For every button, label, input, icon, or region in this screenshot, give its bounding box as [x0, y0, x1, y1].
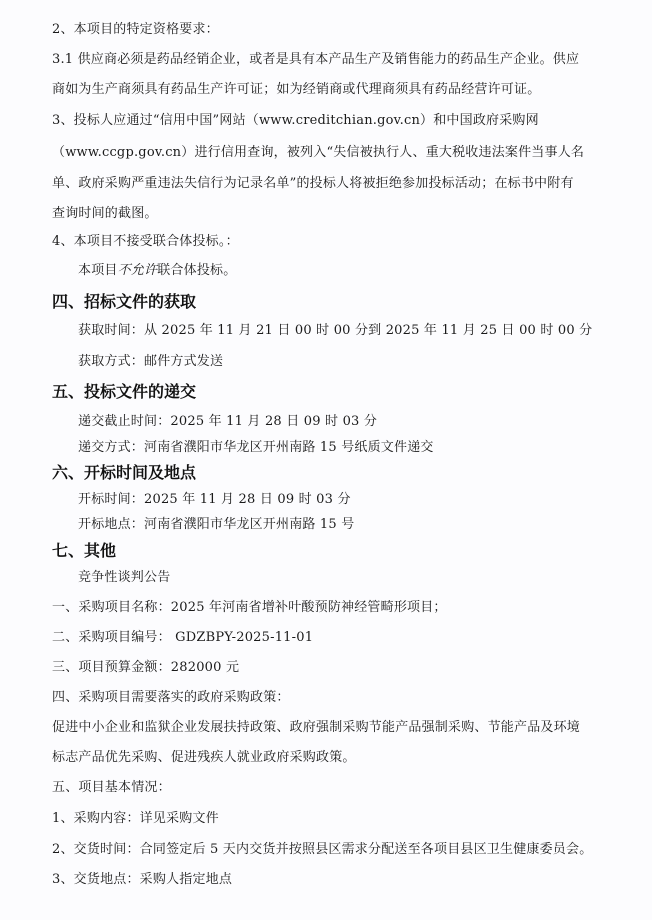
detail-prefix: 本项目: [78, 263, 118, 278]
basic-item-3: 3、交货地点：采购人指定地点: [52, 872, 232, 888]
qualification-4-detail: 本项目不允许联合体投标。: [78, 263, 236, 279]
section5-method: 递交方式：河南省濮阳市华龙区开州南路 15 号纸质文件递交: [78, 440, 434, 456]
qualification-3-line3: 单、政府采购严重违法失信行为记录名单”的投标人将被拒绝参加投标活动；在标书中附有: [52, 176, 574, 192]
section7-title: 七、其他: [52, 541, 116, 561]
section5-title: 五、投标文件的递交: [52, 382, 196, 402]
detail-suffix: 联合体投标。: [157, 263, 236, 278]
qualification-3-1-line2: 商如为生产商须具有药品生产许可证；如为经销商或代理商须具有药品经营许可证。: [52, 82, 540, 98]
basic-item-1: 1、采购内容：详见采购文件: [52, 811, 219, 827]
project-budget: 三、项目预算金额：282000 元: [52, 660, 239, 676]
qualification-3-line4: 查询时间的截图。: [52, 206, 158, 222]
qualification-3-line1: 3、投标人应通过“信用中国”网站（www.creditchian.gov.cn）…: [52, 113, 539, 129]
qualification-4: 4、本项目不接受联合体投标。：: [52, 234, 239, 250]
section4-method: 获取方式：邮件方式发送: [78, 354, 223, 370]
detail-italic: 不允许: [118, 263, 158, 278]
policy-line2: 标志产品优先采购、促进残疾人就业政府采购政策。: [52, 750, 356, 766]
policy-heading: 四、采购项目需要落实的政府采购政策：: [52, 690, 290, 706]
section6-time: 开标时间：2025 年 11 月 28 日 09 时 03 分: [78, 492, 351, 508]
basic-item-2: 2、交货时间：合同签定后 5 天内交货并按照县区需求分配送至各项目县区卫生健康委…: [52, 842, 592, 858]
section7-subtitle: 竞争性谈判公告: [78, 570, 170, 586]
project-name: 一、采购项目名称：2025 年河南省增补叶酸预防神经管畸形项目；: [52, 600, 447, 616]
policy-line1: 促进中小企业和监狱企业发展扶持政策、政府强制采购节能产品强制采购、节能产品及环境: [52, 720, 580, 736]
qualification-3-line2: （www.ccgp.gov.cn）进行信用查询，被列入“失信被执行人、重大税收违…: [52, 145, 584, 161]
section5-deadline: 递交截止时间：2025 年 11 月 28 日 09 时 03 分: [78, 414, 377, 430]
project-number: 二、采购项目编号： GDZBPY-2025-11-01: [52, 630, 313, 646]
qualifications-heading: 2、本项目的特定资格要求：: [52, 22, 219, 38]
section4-time: 获取时间：从 2025 年 11 月 21 日 00 时 00 分到 2025 …: [78, 323, 592, 339]
section4-title: 四、招标文件的获取: [52, 292, 196, 312]
section6-title: 六、开标时间及地点: [52, 463, 196, 483]
qualification-3-1-line1: 3.1 供应商必须是药品经销企业，或者是具有本产品生产及销售能力的药品生产企业。…: [52, 52, 579, 68]
basic-heading: 五、项目基本情况：: [52, 780, 171, 796]
section6-place: 开标地点：河南省濮阳市华龙区开州南路 15 号: [78, 517, 354, 533]
